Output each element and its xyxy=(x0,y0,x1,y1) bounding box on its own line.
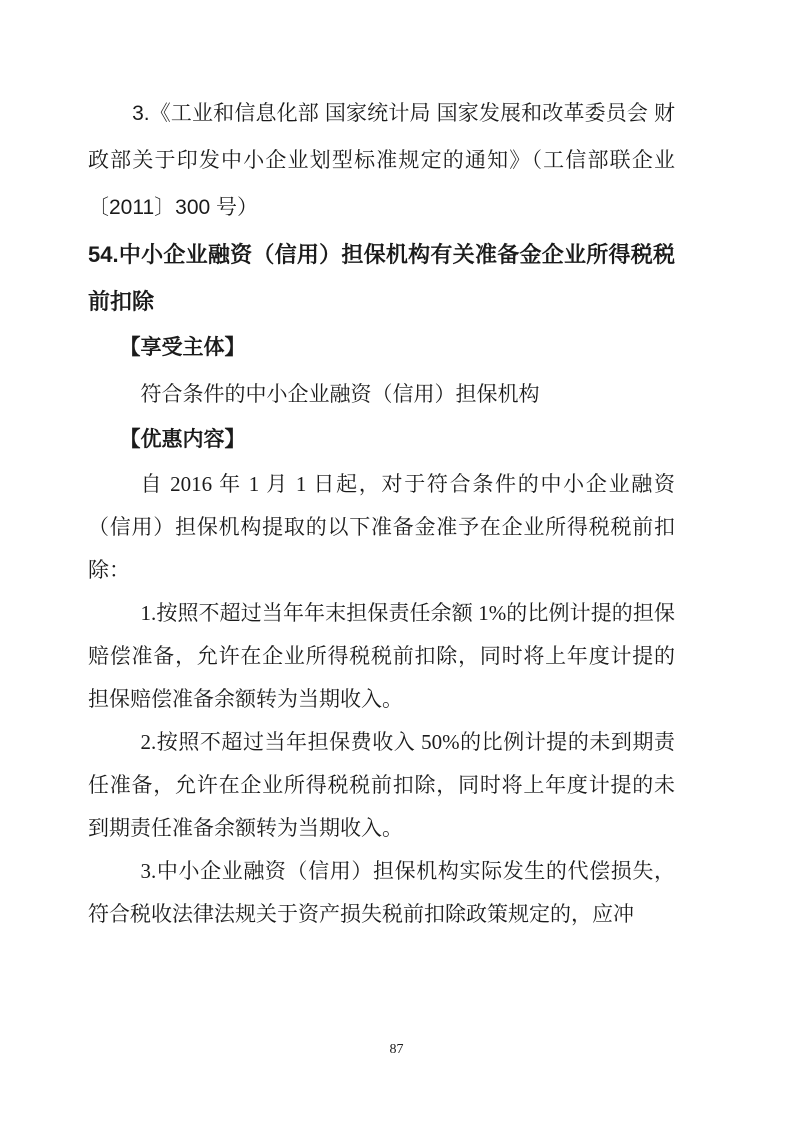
benefit-intro-paragraph: 自 2016 年 1 月 1 日起，对于符合条件的中小企业融资（信用）担保机构提… xyxy=(88,463,675,592)
document-page: 3.《工业和信息化部 国家统计局 国家发展和改革委员会 财政部关于印发中小企业划… xyxy=(0,0,793,1122)
policy-reference-item: 3.《工业和信息化部 国家统计局 国家发展和改革委员会 财政部关于印发中小企业划… xyxy=(88,90,675,231)
section-heading: 54.中小企业融资（信用）担保机构有关准备金企业所得税税前扣除 xyxy=(88,231,675,325)
benefit-item-3: 3.中小企业融资（信用）担保机构实际发生的代偿损失，符合税收法律法规关于资产损失… xyxy=(88,850,675,936)
benefit-item-1: 1.按照不超过当年年末担保责任余额 1%的比例计提的担保赔偿准备，允许在企业所得… xyxy=(88,592,675,721)
beneficiary-text: 符合条件的中小企业融资（信用）担保机构 xyxy=(88,371,675,417)
benefit-section-header: 【优惠内容】 xyxy=(88,417,675,463)
benefit-item-2: 2.按照不超过当年担保费收入 50%的比例计提的未到期责任准备，允许在企业所得税… xyxy=(88,721,675,850)
page-number: 87 xyxy=(0,1042,793,1058)
beneficiary-section-header: 【享受主体】 xyxy=(88,325,675,371)
